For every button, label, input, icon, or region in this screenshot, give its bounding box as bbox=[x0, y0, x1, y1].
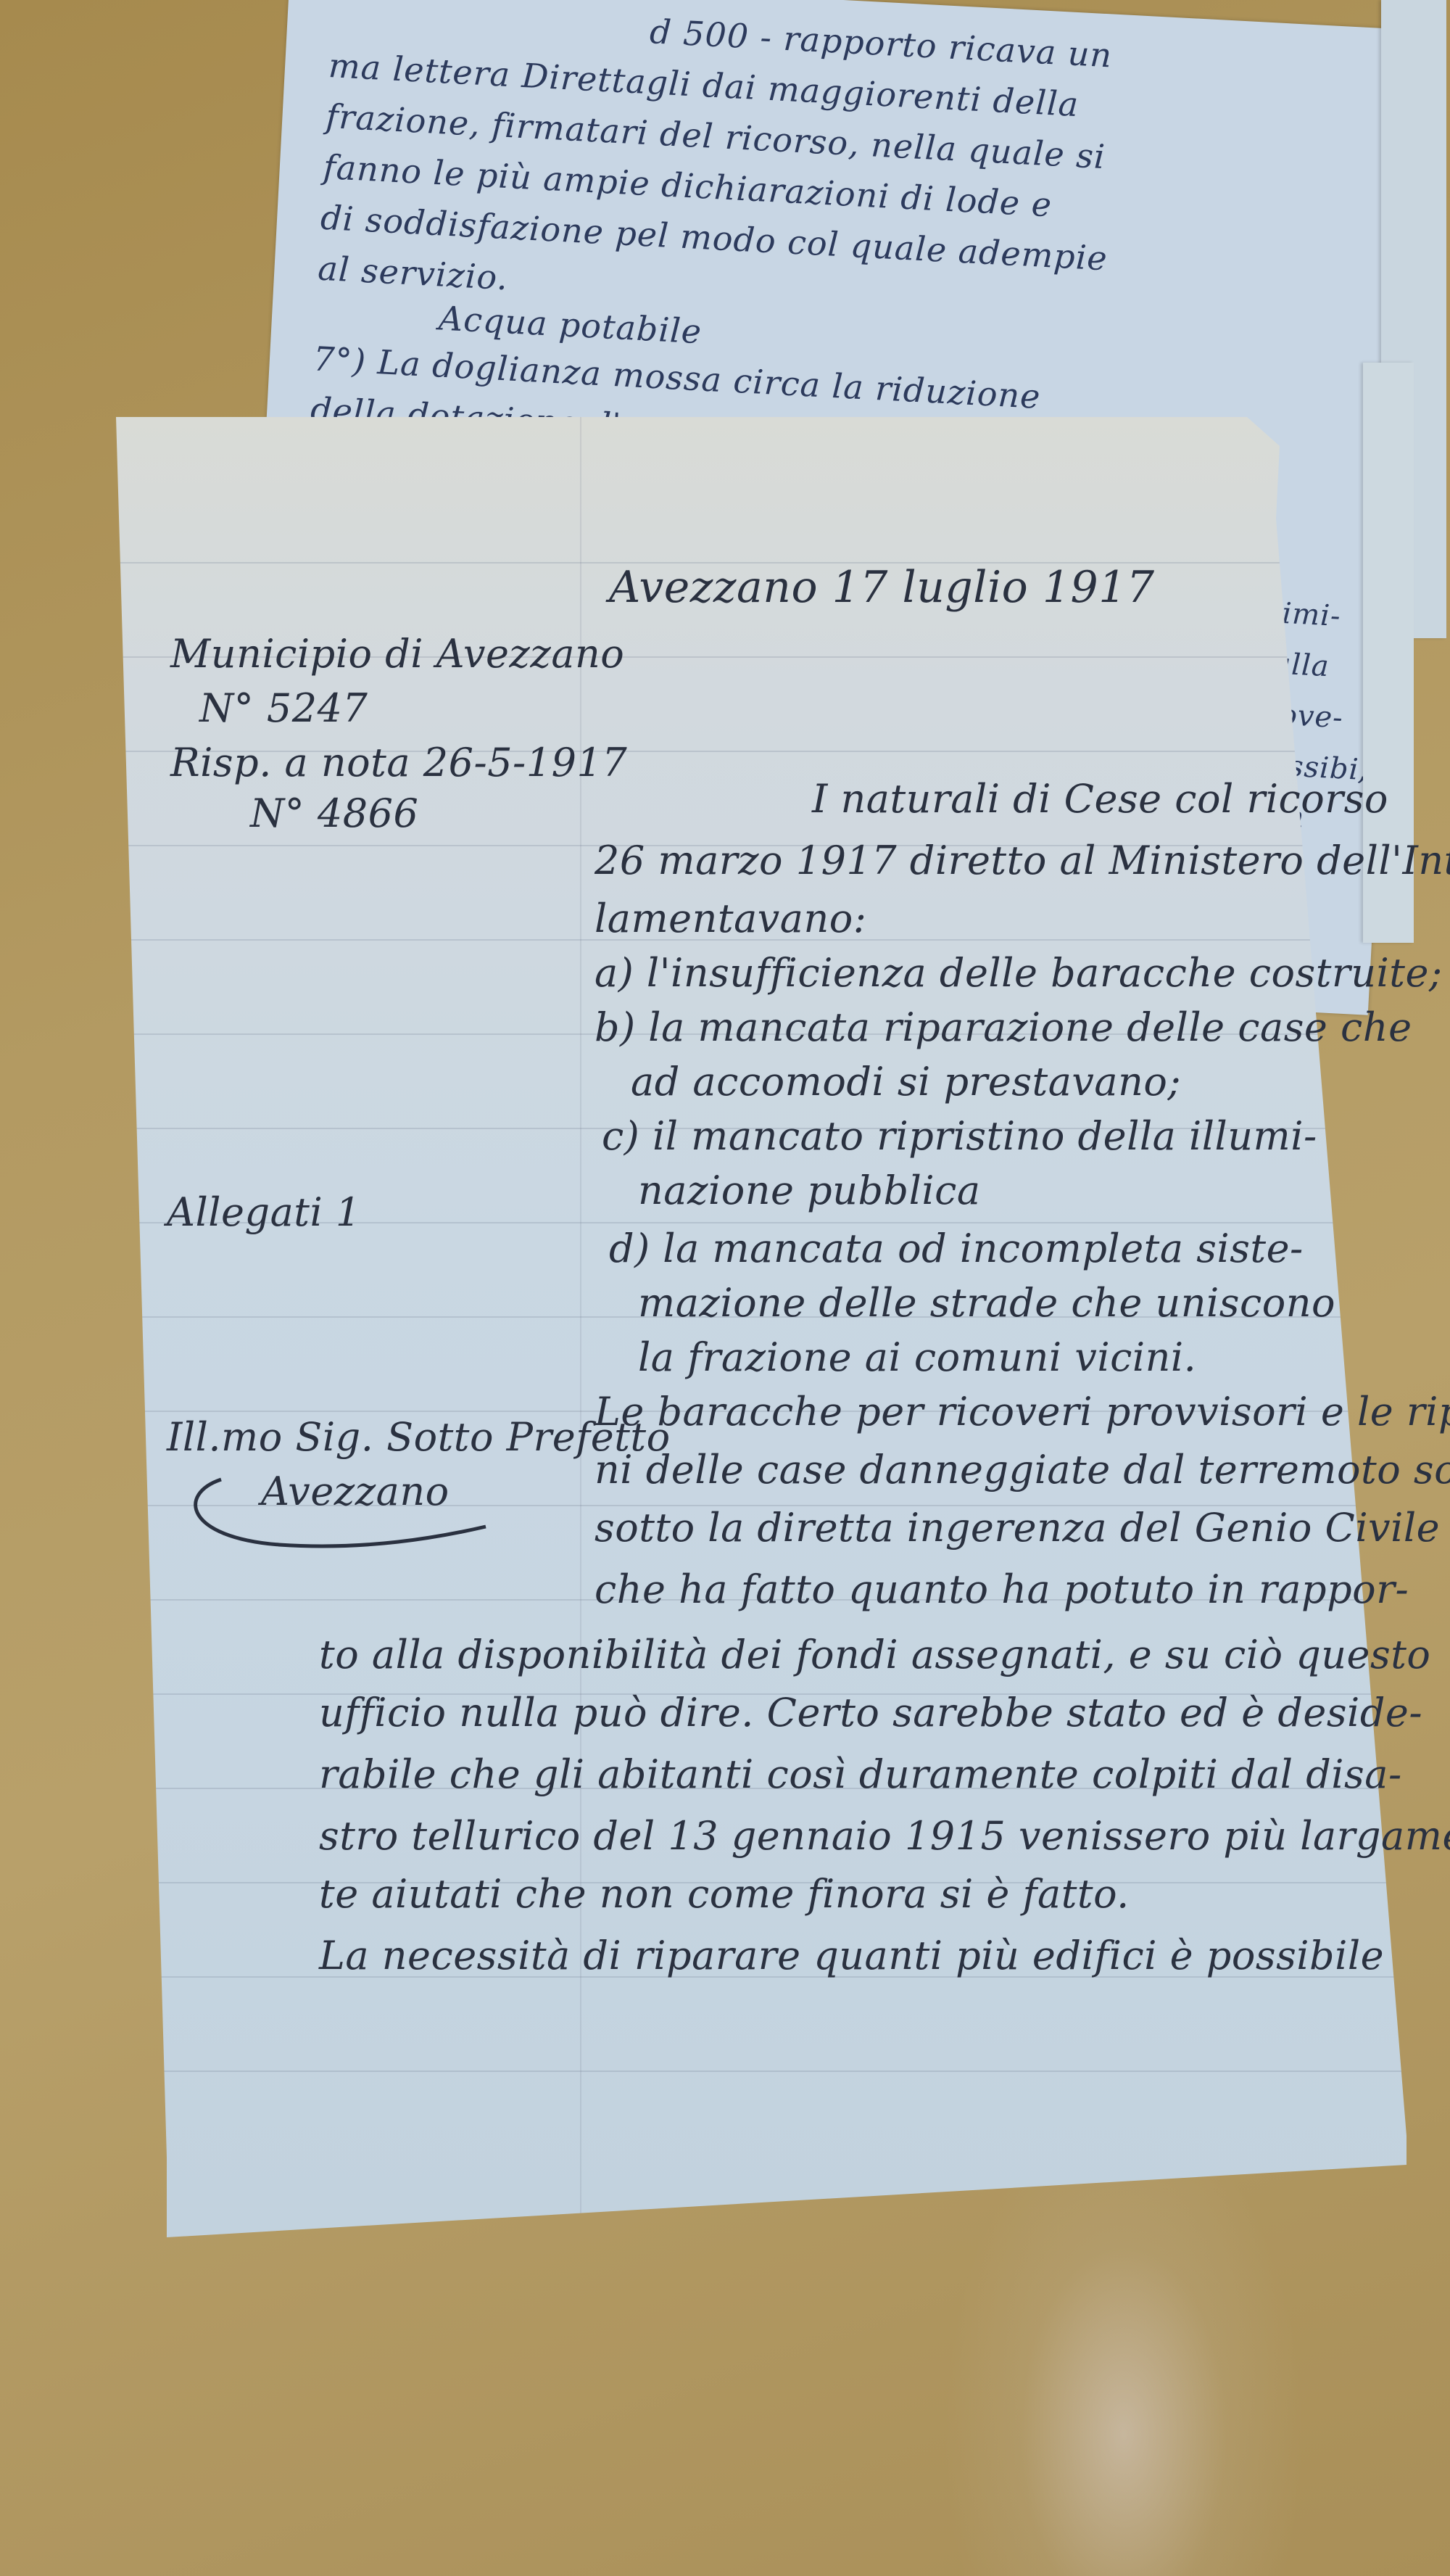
body-line: che ha fatto quanto ha potuto in rappor- bbox=[594, 1566, 1409, 1612]
body-line: 26 marzo 1917 diretto al Ministero dell'… bbox=[594, 838, 1450, 883]
list-item-c: c) il mancato ripristino della illumi- bbox=[602, 1113, 1317, 1159]
header-reply-reference: Risp. a nota 26-5-1917 bbox=[170, 740, 627, 785]
header-protocol-number: N° 5247 bbox=[199, 685, 368, 731]
body-line: I naturali di Cese col ricorso bbox=[812, 776, 1388, 822]
body-line: ufficio nulla può dire. Certo sarebbe st… bbox=[319, 1690, 1422, 1735]
flourish-underline-icon bbox=[178, 1450, 489, 1552]
body-line: stro tellurico del 13 gennaio 1915 venis… bbox=[319, 1813, 1450, 1859]
header-municipality: Municipio di Avezzano bbox=[170, 631, 624, 677]
bg-section-heading: Acqua potabile bbox=[438, 298, 703, 351]
list-item-d-cont: la frazione ai comuni vicini. bbox=[638, 1334, 1196, 1380]
body-line: ni delle case danneggiate dal terremoto … bbox=[594, 1447, 1450, 1493]
ruled-line bbox=[116, 2071, 1406, 2072]
body-line: rabile che gli abitanti così duramente c… bbox=[319, 1751, 1402, 1797]
list-item-a: a) l'insufficienza delle baracche costru… bbox=[594, 950, 1443, 996]
list-item-d-cont: mazione delle strade che uniscono bbox=[638, 1280, 1335, 1326]
body-line: Le baracche per ricoveri provvisori e le… bbox=[594, 1389, 1450, 1434]
bg-line: al servizio. bbox=[317, 249, 509, 298]
body-line: te aiutati che non come finora si è fatt… bbox=[319, 1871, 1130, 1917]
header-reference-number: N° 4866 bbox=[250, 790, 418, 836]
body-line: La necessità di riparare quanti più edif… bbox=[319, 1933, 1384, 1978]
attachments-note: Allegati 1 bbox=[167, 1189, 361, 1235]
list-item-b: b) la mancata riparazione delle case che bbox=[594, 1004, 1412, 1050]
place-date: Avezzano 17 luglio 1917 bbox=[609, 562, 1155, 613]
body-line: lamentavano: bbox=[594, 896, 866, 941]
list-item-b-cont: ad accomodi si prestavano; bbox=[631, 1059, 1181, 1105]
list-item-d: d) la mancata od incompleta siste- bbox=[609, 1226, 1304, 1271]
body-line: sotto la diretta ingerenza del Genio Civ… bbox=[594, 1505, 1440, 1551]
body-line: to alla disponibilità dei fondi assegnat… bbox=[319, 1632, 1430, 1677]
list-item-c-cont: nazione pubblica bbox=[638, 1168, 981, 1213]
